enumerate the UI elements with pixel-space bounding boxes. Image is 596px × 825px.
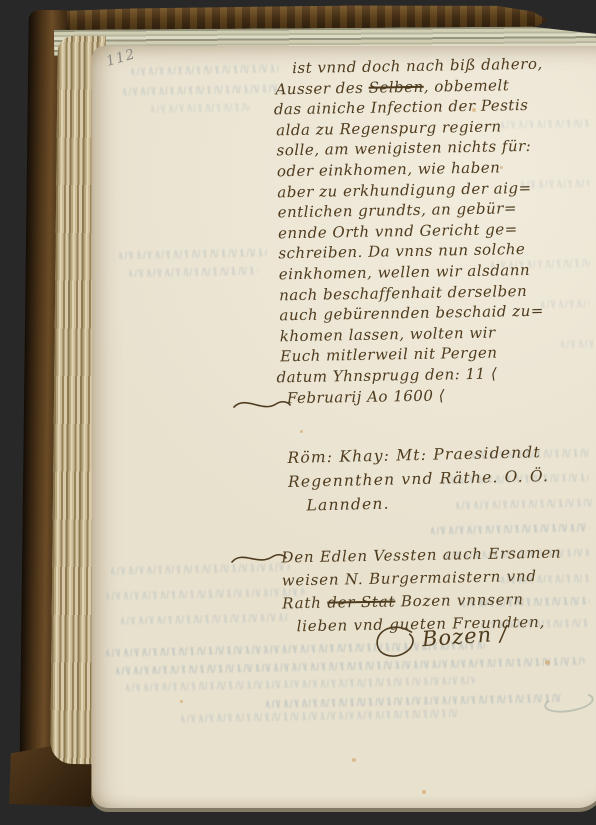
foxing-spot — [422, 790, 426, 794]
docket-label: Bozen / — [421, 621, 508, 651]
verso-showthrough-line — [105, 588, 305, 600]
folio-number: 112 — [104, 46, 137, 70]
ink-flourish-oval — [373, 622, 419, 661]
verso-showthrough-line — [125, 676, 475, 691]
verso-showthrough-line — [128, 267, 258, 278]
verso-showthrough-line — [130, 64, 280, 75]
manuscript-page: 112 ist vnnd doch nach biß dahero,Ausser… — [92, 46, 596, 808]
text-line: Februarij Ao 1600 ⟨ — [287, 383, 549, 408]
letter-body: ist vnnd doch nach biß dahero,Ausser des… — [275, 54, 549, 409]
foxing-spot — [545, 660, 550, 665]
verso-showthrough-line — [118, 248, 268, 259]
verso-showthrough-line — [430, 523, 590, 534]
verso-showthrough-line — [180, 709, 460, 723]
text-line: Lannden. — [306, 488, 550, 518]
ink-swash — [230, 546, 288, 568]
verso-showthrough-line — [122, 84, 282, 95]
verso-showthrough-line — [120, 613, 290, 625]
foxing-spot — [300, 430, 303, 433]
verso-showthrough-line — [150, 103, 250, 113]
verso-showthrough-line — [540, 299, 590, 308]
verso-showthrough-line — [115, 657, 585, 675]
verso-showthrough-line — [265, 694, 565, 708]
manuscript-scan: 112 ist vnnd doch nach biß dahero,Ausser… — [0, 0, 596, 825]
verso-showthrough-line — [560, 340, 596, 349]
foxing-spot — [180, 700, 183, 703]
foxing-spot — [352, 758, 356, 762]
ink-swash — [232, 392, 292, 414]
letter-signature: Röm: Khay: Mt: PraesidendtRegennthen vnd… — [287, 440, 550, 518]
